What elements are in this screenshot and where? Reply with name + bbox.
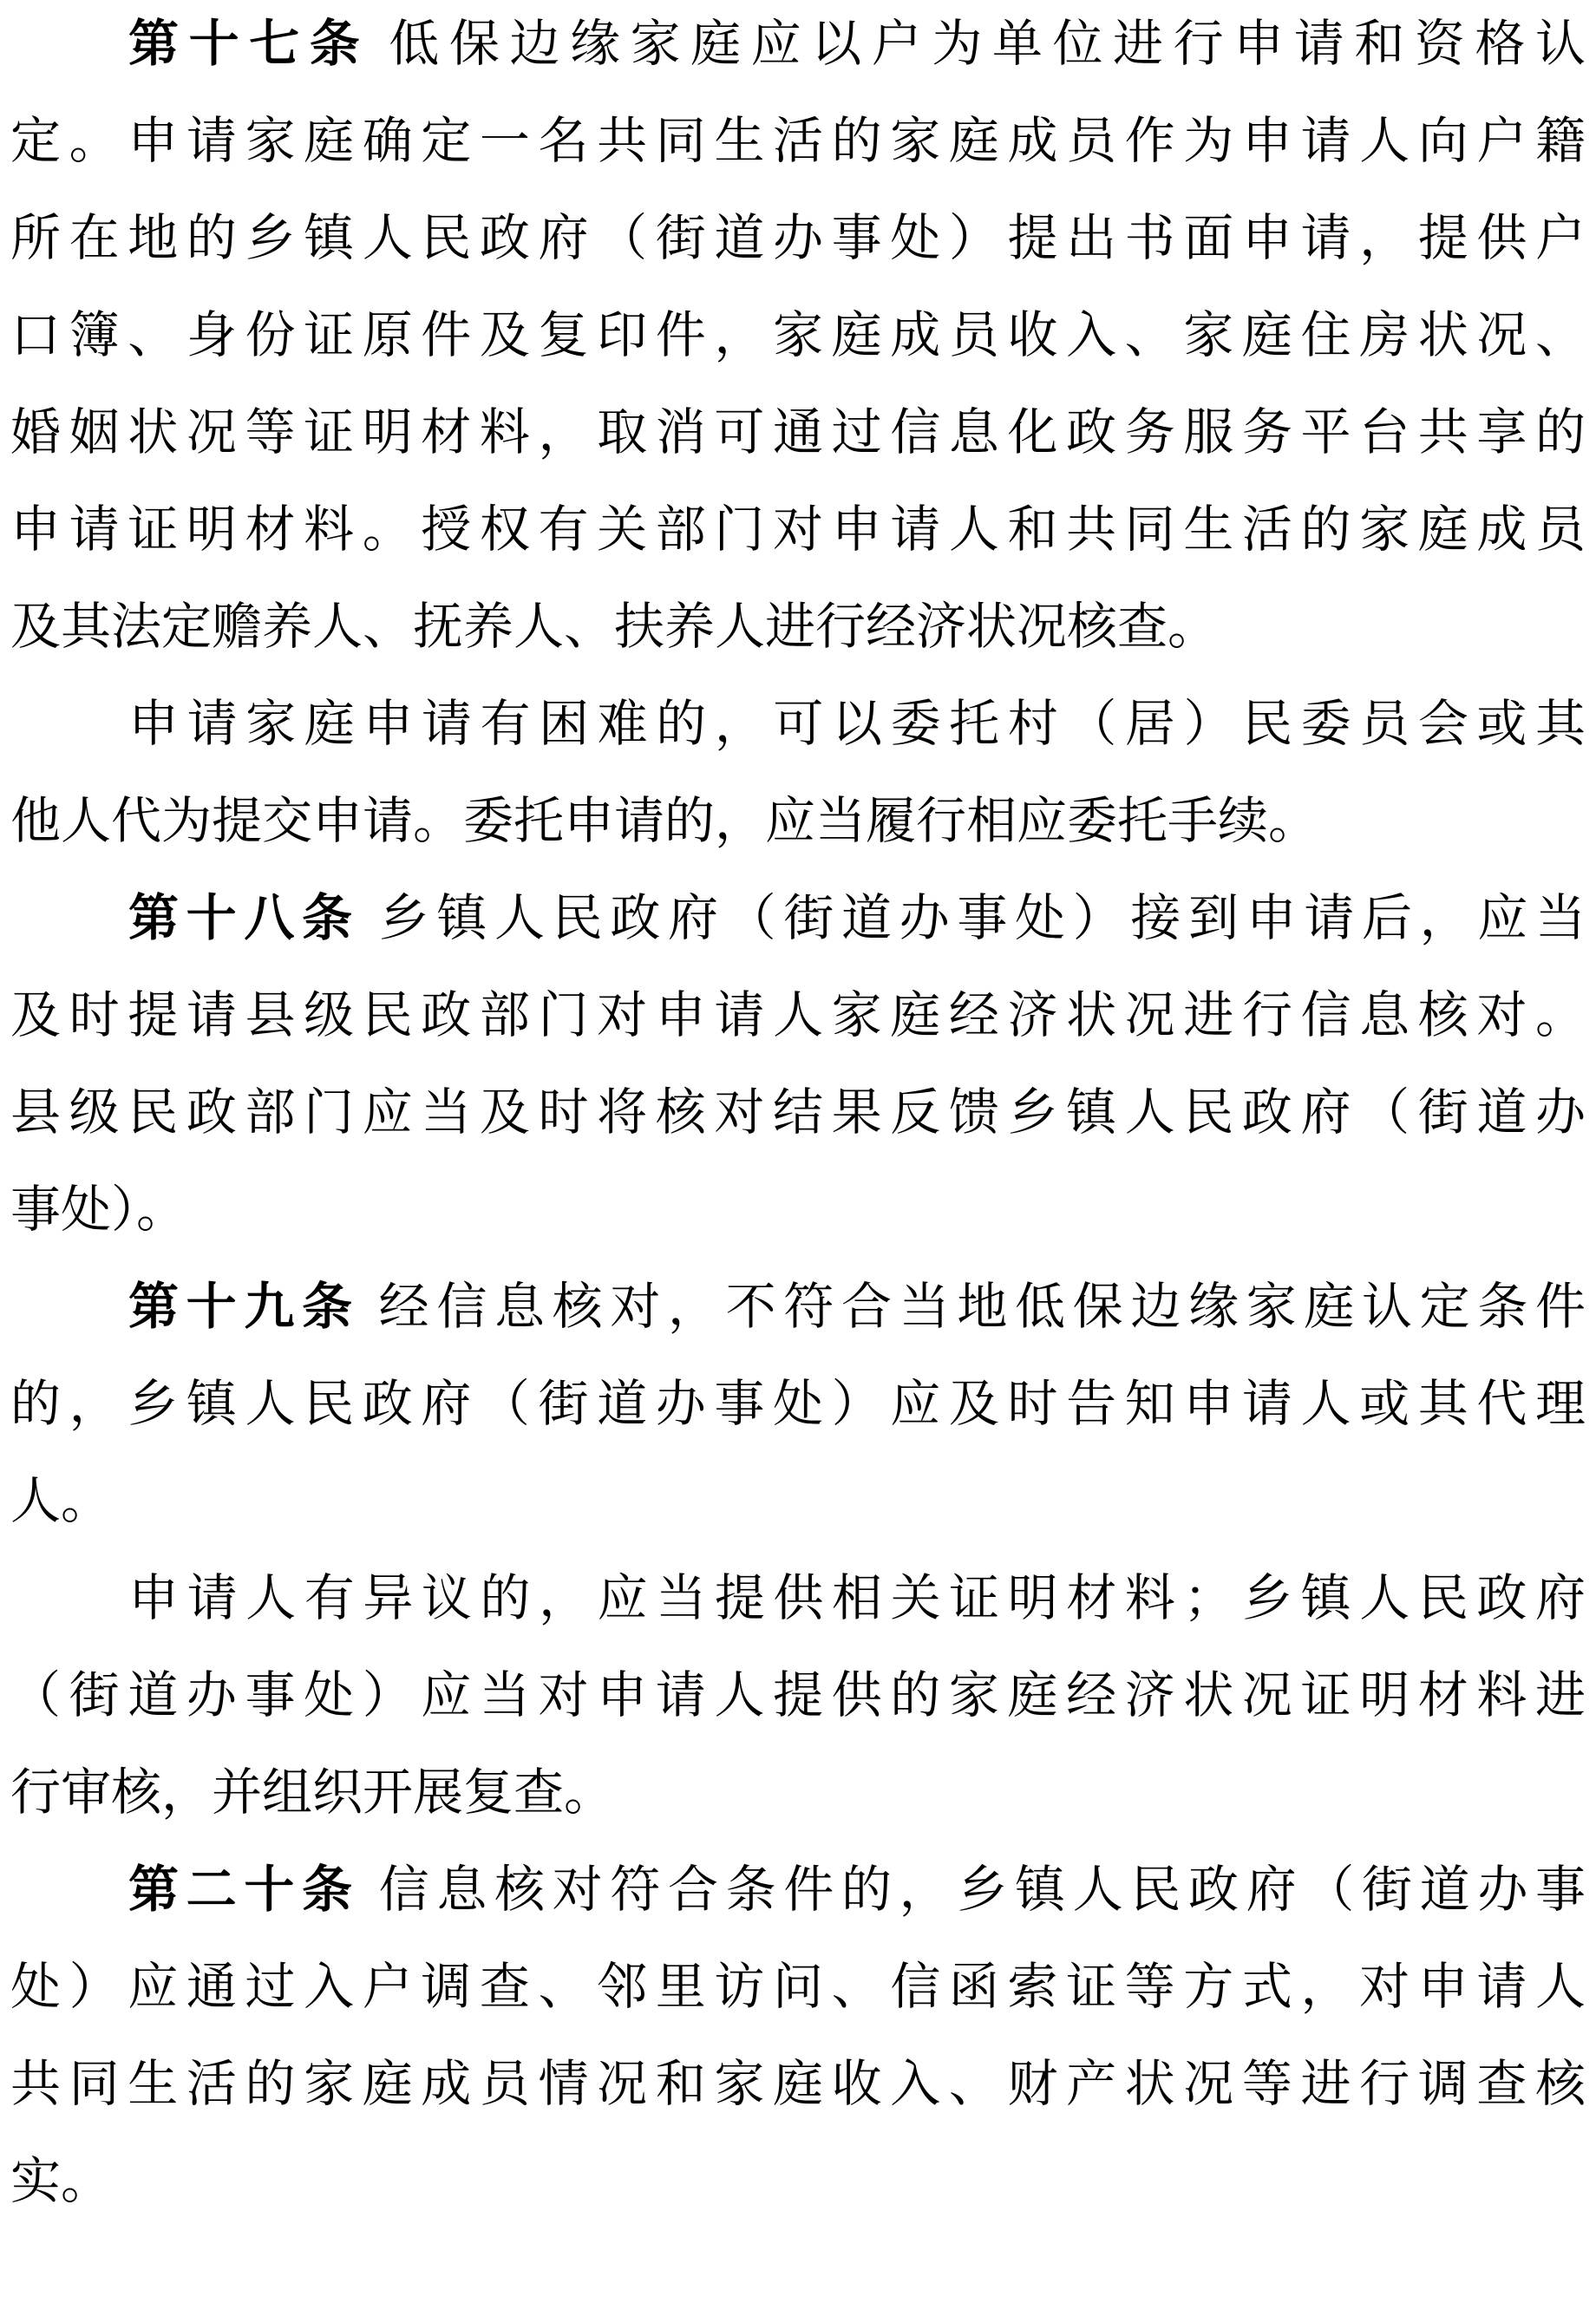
article-20-heading: 第二十条 [128, 1860, 360, 1919]
article-19-line-1: 第十九条经信息核对，不符合当地低保边缘家庭认定条件 [128, 1272, 1586, 1341]
article-17-line-6: 申请证明材料。授权有关部门对申请人和共同生活的家庭成员 [10, 494, 1586, 564]
article-18-line-2: 及时提请县级民政部门对申请人家庭经济状况进行信息核对。 [10, 980, 1586, 1050]
article-17-line-7: 及其法定赡养人、抚养人、扶养人进行经济状况核查。 [10, 592, 1586, 661]
article-17-line-4: 口簿、身份证原件及复印件，家庭成员收入、家庭住房状况、 [10, 300, 1586, 370]
article-18-line-3: 县级民政部门应当及时将核对结果反馈乡镇人民政府（街道办 [10, 1077, 1586, 1147]
article-18-heading: 第十八条 [128, 888, 360, 947]
article-20-line-3: 共同生活的家庭成员情况和家庭收入、财产状况等进行调查核 [10, 2049, 1586, 2118]
article-19-heading: 第十九条 [128, 1277, 360, 1336]
article-17-line-5: 婚姻状况等证明材料，取消可通过信息化政务服务平台共享的 [10, 397, 1586, 467]
article-17-p2-line-1: 申请家庭申请有困难的，可以委托村（居）民委员会或其 [128, 689, 1586, 758]
article-17-line-2: 定。申请家庭确定一名共同生活的家庭成员作为申请人向户籍 [10, 106, 1586, 175]
article-20-line-4: 实。 [10, 2146, 1586, 2215]
article-17-line-3: 所在地的乡镇人民政府（街道办事处）提出书面申请，提供户 [10, 203, 1586, 272]
article-19-p2-line-1: 申请人有异议的，应当提供相关证明材料；乡镇人民政府 [128, 1563, 1586, 1632]
article-19-line-3: 人。 [10, 1466, 1586, 1535]
article-18-line-4: 事处）。 [10, 1174, 1586, 1244]
article-17-p2-line-2: 他人代为提交申请。委托申请的，应当履行相应委托手续。 [10, 786, 1586, 855]
article-17-heading: 第十七条 [128, 14, 370, 73]
article-19-line-2: 的，乡镇人民政府（街道办事处）应及时告知申请人或其代理 [10, 1369, 1586, 1438]
article-20-line-2: 处）应通过入户调查、邻里访问、信函索证等方式，对申请人 [10, 1952, 1586, 2021]
article-19-p2-line-3: 行审核，并组织开展复查。 [10, 1757, 1586, 1827]
document-page: 第十七条低保边缘家庭应以户为单位进行申请和资格认 定。申请家庭确定一名共同生活的… [0, 0, 1596, 2303]
article-17-line-1: 第十七条低保边缘家庭应以户为单位进行申请和资格认 [128, 9, 1586, 78]
article-18-line-1: 第十八条乡镇人民政府（街道办事处）接到申请后，应当 [128, 883, 1586, 952]
article-20-line-1: 第二十条信息核对符合条件的，乡镇人民政府（街道办事 [128, 1855, 1586, 1924]
article-19-p2-line-2: （街道办事处）应当对申请人提供的家庭经济状况证明材料进 [10, 1660, 1586, 1730]
